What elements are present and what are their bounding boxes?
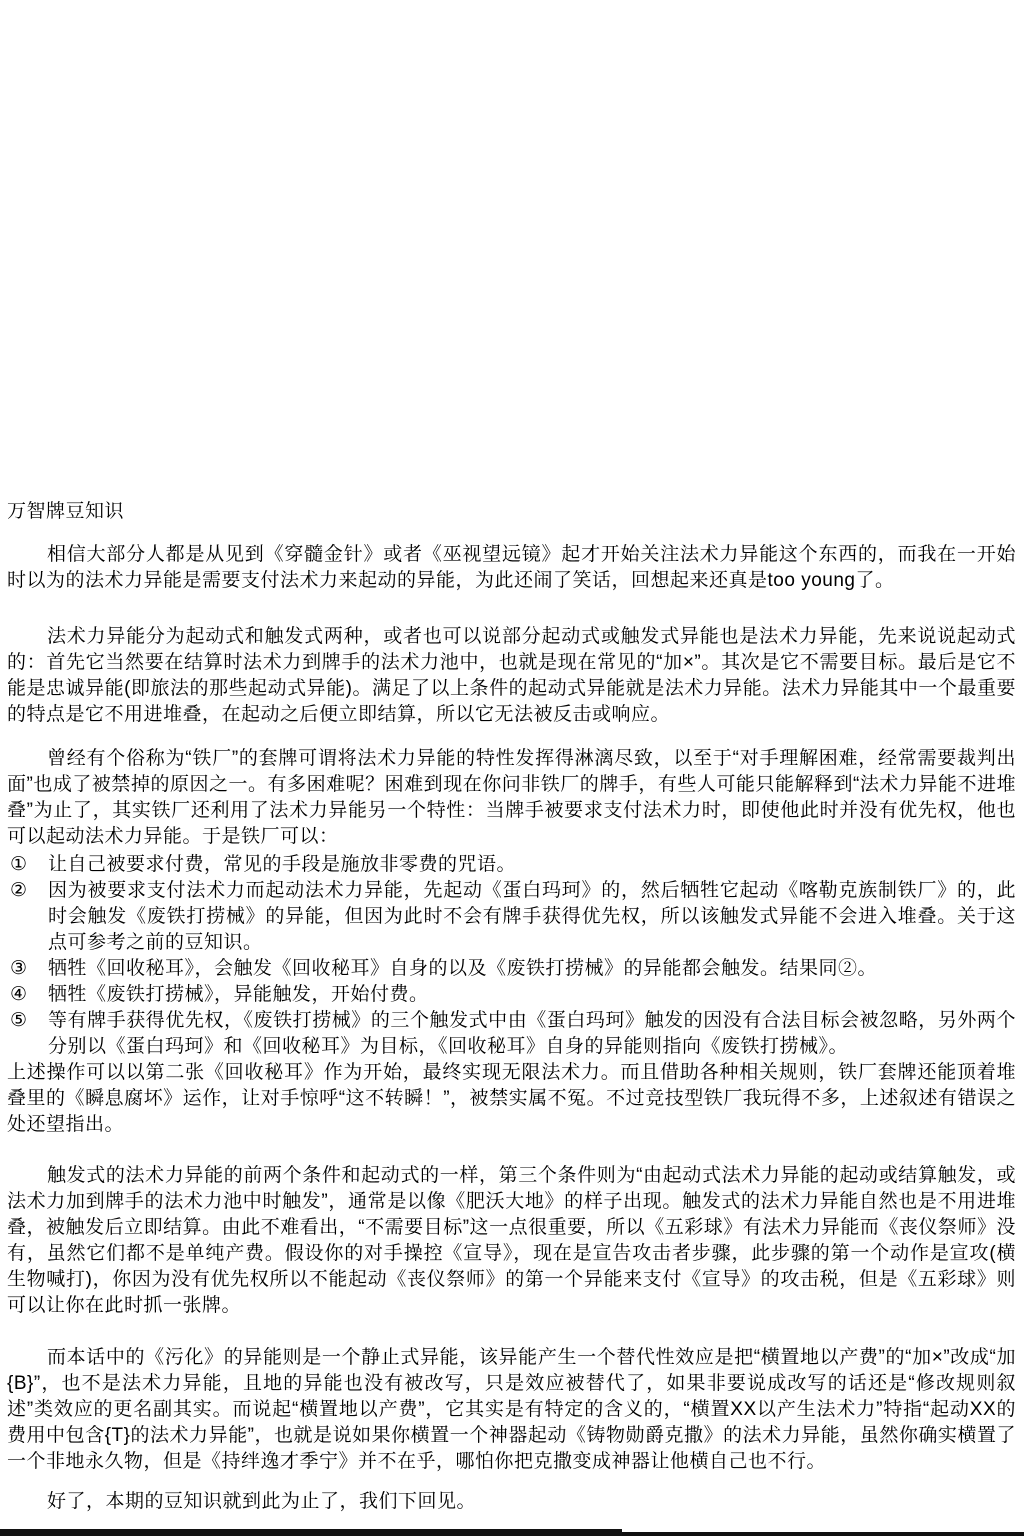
list-item-4: ④ 牺牲《废铁打捞械》，异能触发，开始付费。 (7, 982, 1016, 1008)
list-text-2: 因为被要求支付法术力而起动法术力异能，先起动《蛋白玛珂》的，然后牺牲它起动《喀勒… (48, 878, 1016, 956)
list-item-3: ③ 牺牲《回收秘耳》，会触发《回收秘耳》自身的以及《废铁打捞械》的异能都会触发。… (7, 956, 1016, 982)
list-item-5: ⑤ 等有牌手获得优先权，《废铁打捞械》的三个触发式中由《蛋白玛珂》触发的因没有合… (7, 1008, 1016, 1060)
list-marker-2: ② (7, 878, 48, 904)
paragraph-ironworks-deck: 曾经有个俗称为“铁厂”的套牌可谓将法术力异能的特性发挥得淋漓尽致，以至于“对手理… (7, 746, 1016, 850)
paragraph-contamination: 而本话中的《污化》的异能则是一个静止式异能，该异能产生一个替代性效应是把“横置地… (7, 1345, 1016, 1475)
list-marker-5: ⑤ (7, 1008, 48, 1034)
paragraph-intro: 相信大部分人都是从见到《穿髓金针》或者《巫视望远镜》起才开始关注法术力异能这个东… (7, 542, 1016, 594)
list-item-2: ② 因为被要求支付法术力而起动法术力异能，先起动《蛋白玛珂》的，然后牺牲它起动《… (7, 878, 1016, 956)
paragraph-closing: 好了，本期的豆知识就到此为止了，我们下回见。 (7, 1489, 1016, 1515)
paragraph-activated-mana-abilities: 法术力异能分为起动式和触发式两种，或者也可以说部分起动式或触发式异能也是法术力异… (7, 624, 1016, 728)
paragraph-infinite-mana: 上述操作可以以第二张《回收秘耳》作为开始，最终实现无限法术力。而且借助各种相关规… (7, 1060, 1016, 1138)
list-marker-3: ③ (7, 956, 48, 982)
list-text-5: 等有牌手获得优先权，《废铁打捞械》的三个触发式中由《蛋白玛珂》触发的因没有合法目… (48, 1008, 1016, 1060)
article-body: 万智牌豆知识 相信大部分人都是从见到《穿髓金针》或者《巫视望远镜》起才开始关注法… (7, 499, 1016, 1515)
numbered-list: ① 让自己被要求付费，常见的手段是施放非零费的咒语。 ② 因为被要求支付法术力而… (7, 852, 1016, 1060)
list-text-4: 牺牲《废铁打捞械》，异能触发，开始付费。 (48, 982, 1016, 1008)
page-title-text: 万智牌豆知识 (7, 501, 124, 522)
page-title: 万智牌豆知识 (7, 499, 1016, 525)
cutoff-text-bar-left (0, 1529, 622, 1536)
list-text-1: 让自己被要求付费，常见的手段是施放非零费的咒语。 (48, 852, 1016, 878)
list-text-3: 牺牲《回收秘耳》，会触发《回收秘耳》自身的以及《废铁打捞械》的异能都会触发。结果… (48, 956, 1016, 982)
list-marker-4: ④ (7, 982, 48, 1008)
list-marker-1: ① (7, 852, 48, 878)
article-page: 万智牌豆知识 相信大部分人都是从见到《穿髓金针》或者《巫视望远镜》起才开始关注法… (0, 0, 1024, 1536)
paragraph-triggered-mana-abilities: 触发式的法术力异能的前两个条件和起动式的一样，第三个条件则为“由起动式法术力异能… (7, 1163, 1016, 1319)
list-item-1: ① 让自己被要求付费，常见的手段是施放非零费的咒语。 (7, 852, 1016, 878)
